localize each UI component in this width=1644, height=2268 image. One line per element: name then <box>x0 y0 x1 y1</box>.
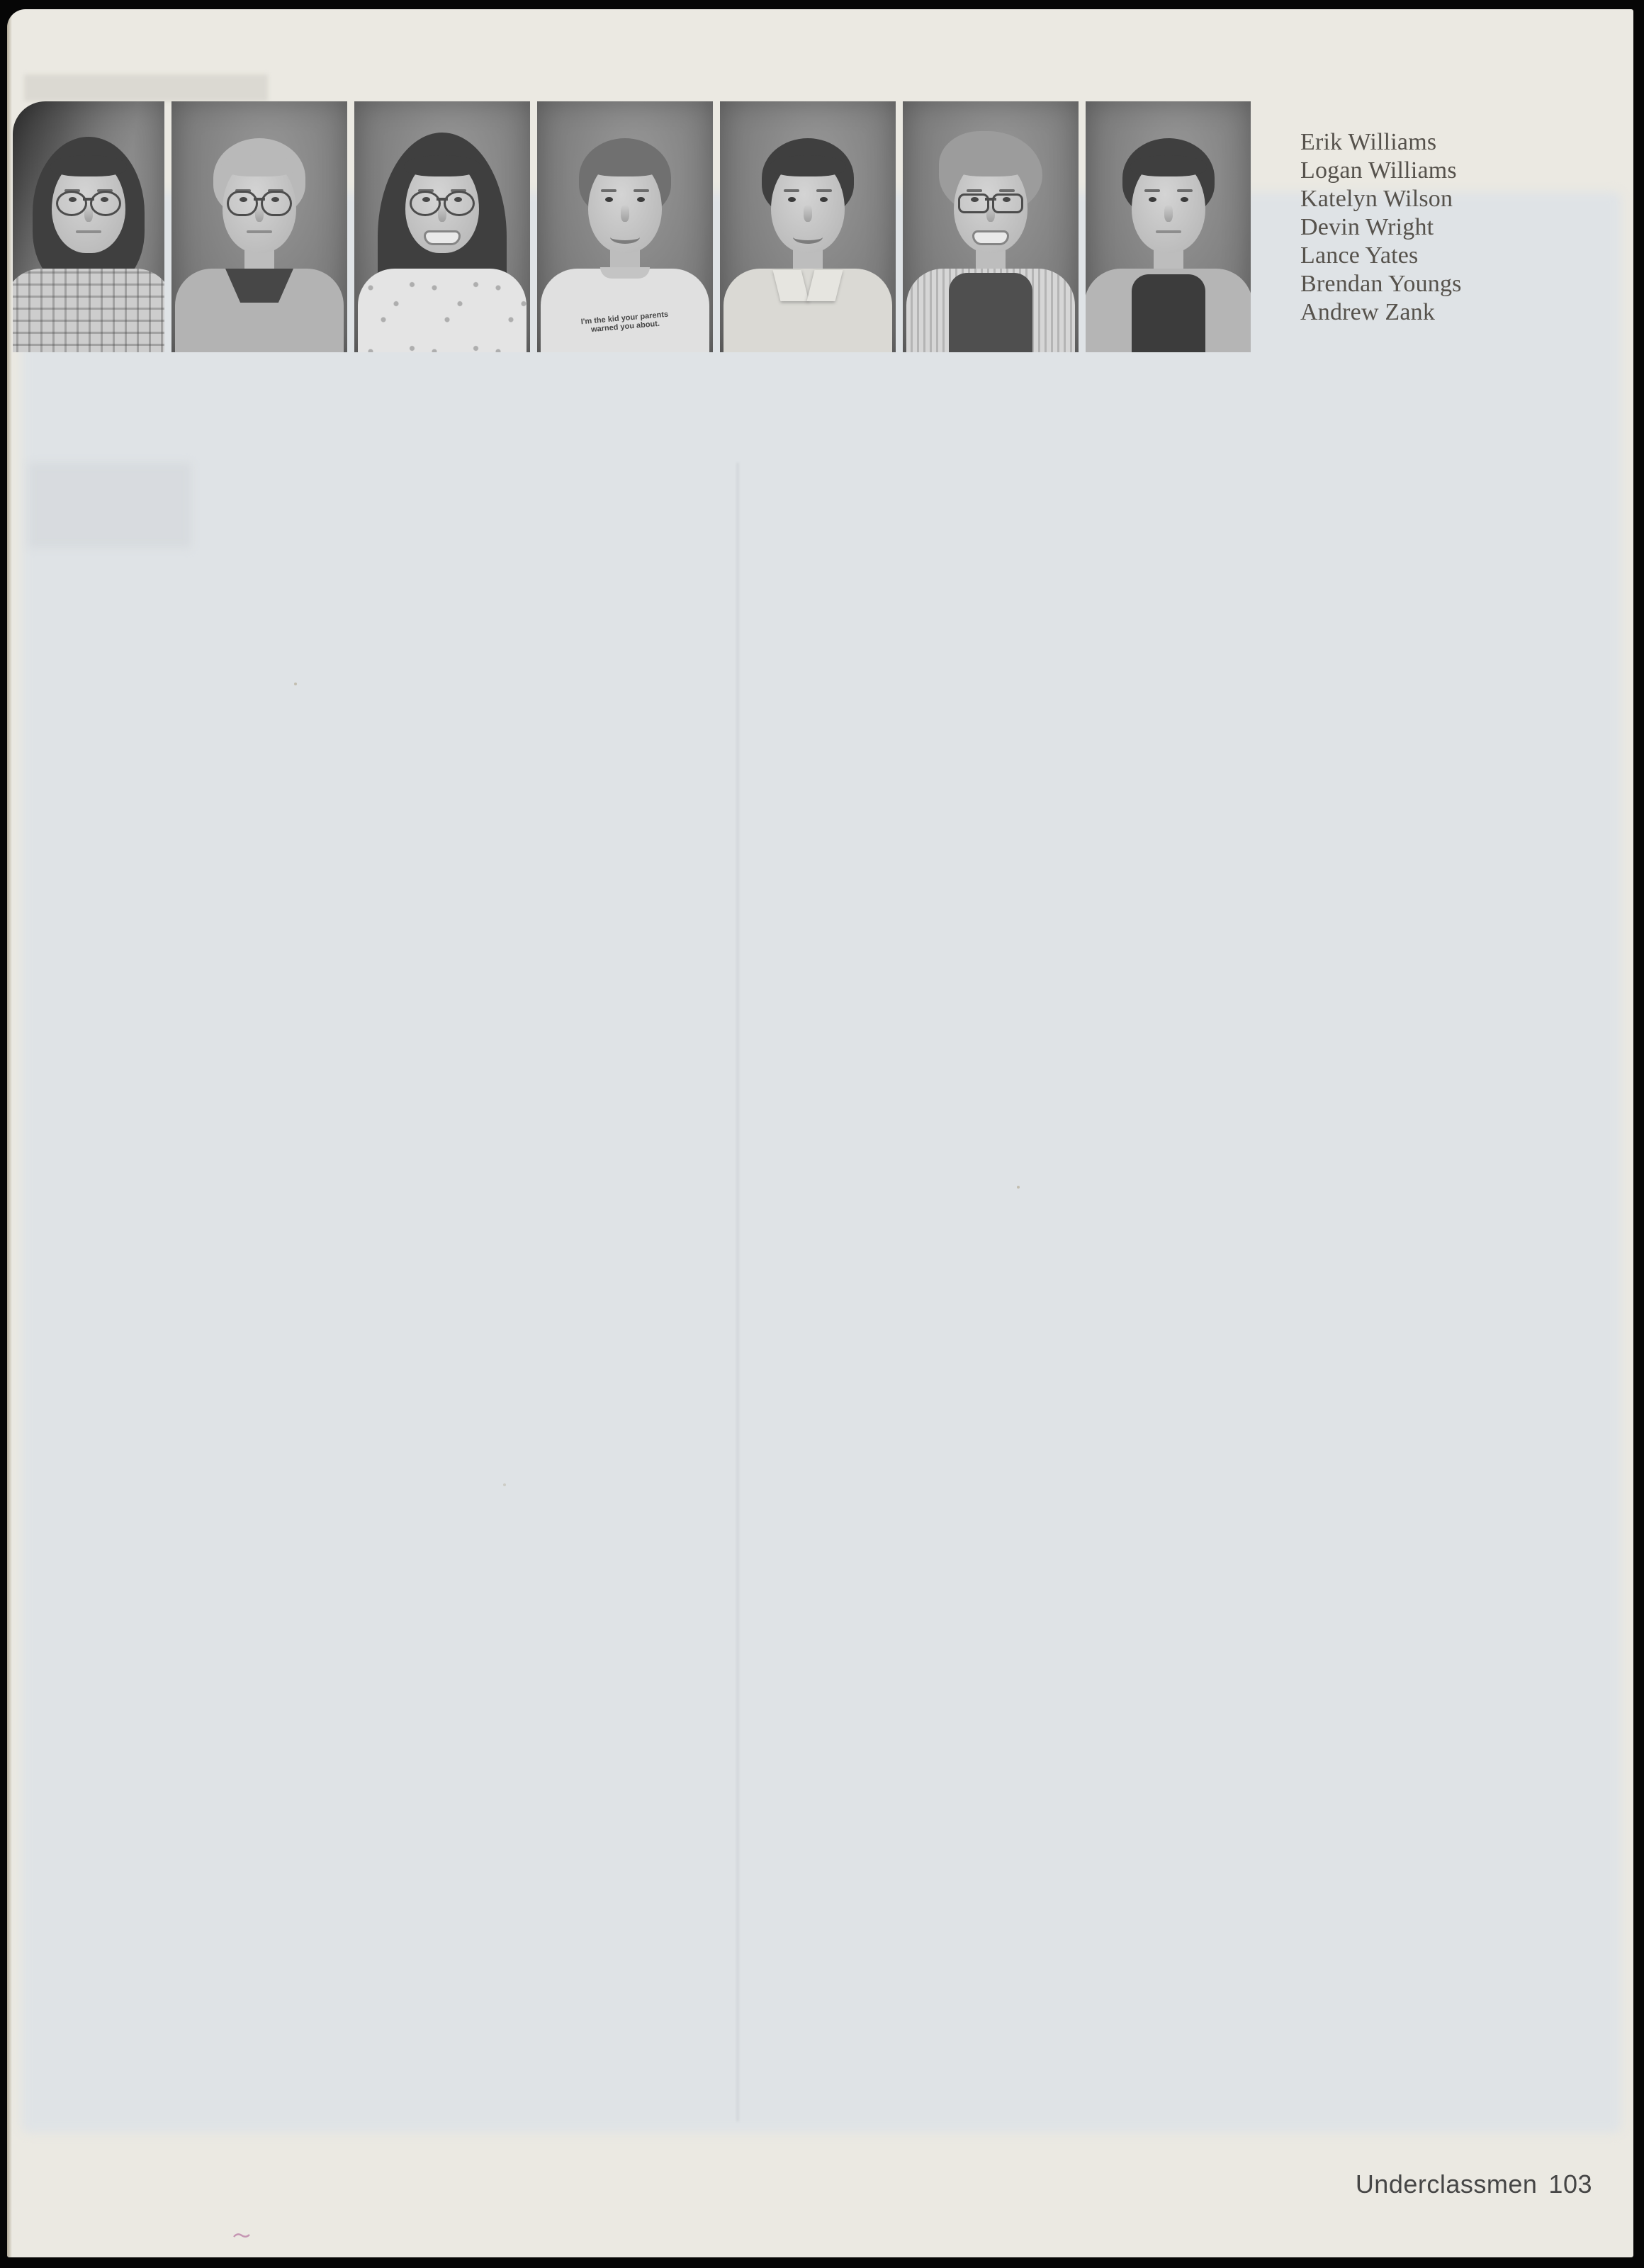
glasses-left-lens <box>56 191 87 216</box>
portrait-photo-logan-williams <box>171 101 347 352</box>
student-figure <box>903 101 1079 352</box>
glasses-right-lens <box>992 193 1023 213</box>
left-eye <box>788 197 796 202</box>
page-bleed-through-overlay <box>21 192 1621 2133</box>
right-eyebrow <box>1177 189 1193 192</box>
footer-page-number: 103 <box>1548 2169 1592 2199</box>
glasses-icon <box>957 191 1025 215</box>
shirt-shoulders <box>175 269 344 352</box>
student-name: Katelyn Wilson <box>1300 185 1462 213</box>
mouth-shape <box>610 230 640 244</box>
student-name: Lance Yates <box>1300 242 1462 270</box>
student-figure <box>13 101 164 352</box>
pen-squiggle-mark <box>232 2231 251 2240</box>
page-bleed-patch <box>28 463 191 548</box>
mouth-shape <box>1156 230 1181 233</box>
glasses-icon <box>55 191 123 215</box>
mouth-shape <box>972 230 1009 245</box>
student-figure <box>720 101 896 352</box>
student-figure <box>171 101 347 352</box>
portrait-photo-lance-yates <box>720 101 896 352</box>
glasses-left-lens <box>410 191 441 216</box>
student-figure <box>354 101 530 352</box>
student-name: Logan Williams <box>1300 157 1462 185</box>
hair-bangs-shape <box>952 155 1029 176</box>
student-name: Andrew Zank <box>1300 298 1462 327</box>
hair-bangs-shape <box>587 155 663 176</box>
glasses-left-lens <box>958 193 989 213</box>
glasses-right-lens <box>444 191 475 216</box>
shirt-shoulders <box>13 269 164 352</box>
glasses-right-lens <box>90 191 121 216</box>
page-footer: Underclassmen 103 <box>1356 2169 1592 2199</box>
paper-speck <box>1017 1186 1020 1189</box>
yearbook-page-scan: I'm the kid your parents warned you abou… <box>7 9 1633 2257</box>
paper-speck <box>294 683 297 685</box>
portrait-photo-erik-williams <box>13 101 164 352</box>
glasses-left-lens <box>227 191 258 216</box>
shirt-shoulders <box>541 269 709 352</box>
ghost-header-strip <box>24 74 268 101</box>
student-name-list: Erik WilliamsLogan WilliamsKatelyn Wilso… <box>1300 128 1462 327</box>
left-eye <box>605 197 613 202</box>
shirt-shoulders <box>906 269 1075 352</box>
bleed-through-seam <box>737 463 738 2121</box>
mouth-shape <box>247 230 272 233</box>
nose-shape <box>804 205 812 222</box>
mouth-shape <box>424 230 461 245</box>
right-eyebrow <box>816 189 832 192</box>
left-eyebrow <box>601 189 616 192</box>
mouth-shape <box>793 230 823 244</box>
nose-shape <box>621 205 629 222</box>
mouth-shape <box>76 230 101 233</box>
shirt-shoulders <box>358 269 527 352</box>
hair-bangs-shape <box>221 155 298 176</box>
glasses-icon <box>408 191 476 215</box>
nose-shape <box>1164 205 1173 222</box>
right-eye <box>637 197 645 202</box>
portrait-photo-devin-wright: I'm the kid your parents warned you abou… <box>537 101 713 352</box>
student-figure: I'm the kid your parents warned you abou… <box>537 101 713 352</box>
right-eyebrow <box>634 189 649 192</box>
hair-bangs-shape <box>404 155 480 176</box>
paper-speck <box>503 1483 506 1486</box>
right-eye <box>1181 197 1188 202</box>
student-figure <box>1086 101 1251 352</box>
hair-bangs-shape <box>1130 155 1207 176</box>
student-name: Devin Wright <box>1300 213 1462 242</box>
portrait-photo-andrew-zank <box>1086 101 1251 352</box>
right-eye <box>820 197 828 202</box>
left-eye <box>1149 197 1156 202</box>
portrait-photo-brendan-youngs <box>903 101 1079 352</box>
left-eyebrow <box>784 189 799 192</box>
left-eyebrow <box>1144 189 1160 192</box>
shirt-shoulders <box>724 269 892 352</box>
student-name: Erik Williams <box>1300 128 1462 157</box>
glasses-right-lens <box>261 191 292 216</box>
hair-bangs-shape <box>50 155 127 176</box>
hair-bangs-shape <box>770 155 846 176</box>
portrait-photo-katelyn-wilson <box>354 101 530 352</box>
footer-section-label: Underclassmen <box>1356 2169 1538 2199</box>
student-name: Brendan Youngs <box>1300 270 1462 298</box>
shirt-shoulders <box>1086 269 1251 352</box>
glasses-icon <box>225 191 293 215</box>
